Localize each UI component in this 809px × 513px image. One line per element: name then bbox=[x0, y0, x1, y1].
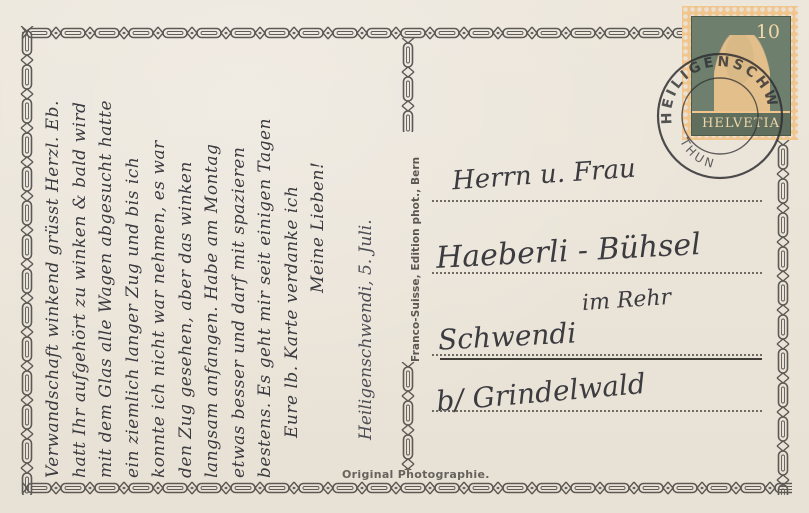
william-tell-figure-icon bbox=[714, 35, 770, 113]
message-line: bestens. Es geht mir seit einigen Tagen bbox=[252, 38, 279, 478]
address-rule-2 bbox=[432, 272, 762, 274]
message-line: hatt Ihr aufgehört zu winken & bald wird bbox=[67, 38, 94, 478]
message-line: den Zug gesehen, aber das winken bbox=[173, 38, 200, 478]
left-border bbox=[20, 26, 34, 495]
message-line: Eure lb. Karte verdanke ich bbox=[279, 38, 306, 478]
message-line: ein ziemlich langer Zug und bis ich bbox=[120, 38, 147, 478]
handwritten-message: Verwandschaft winkend grüsst Herzl. Eb.h… bbox=[40, 38, 380, 478]
svg-text:THUN: THUN bbox=[677, 135, 718, 172]
message-line: mit dem Glas alle Wagen abgesucht hatte bbox=[93, 38, 120, 478]
bottom-border bbox=[22, 481, 792, 495]
message-line: Meine Lieben! bbox=[305, 38, 332, 478]
message-line: konnte ich nicht war nehmen, es war bbox=[146, 38, 173, 478]
publisher-imprint: Franco-Suisse, Edition phot., Bern bbox=[410, 132, 422, 362]
message-line: Verwandschaft winkend grüsst Herzl. Eb. bbox=[40, 38, 67, 478]
message-date: Heiligenschwendi, 5. Juli. bbox=[356, 219, 376, 440]
address-line-4: Schwendi bbox=[437, 316, 577, 356]
address-rule-3 bbox=[432, 354, 762, 356]
postcard-back: Franco-Suisse, Edition phot., Bern Origi… bbox=[0, 0, 809, 513]
postmark-bottom-text: THUN bbox=[677, 135, 718, 172]
address-line-3: im Rehr bbox=[581, 285, 672, 316]
address-line-1: Herrn u. Frau bbox=[451, 154, 637, 197]
center-divider-bottom bbox=[401, 362, 415, 470]
message-line: etwas besser und darf mit spazieren bbox=[226, 38, 253, 478]
stamp-country: HELVETIA bbox=[692, 111, 790, 135]
address-rule-4 bbox=[432, 410, 762, 412]
address-line-2: Haeberli - Bühsel bbox=[435, 227, 701, 276]
stamp-value: 10 bbox=[756, 21, 780, 43]
stamp-field: 10 HELVETIA bbox=[691, 16, 791, 136]
address-underline bbox=[440, 358, 762, 360]
address-rule-1 bbox=[432, 200, 762, 202]
message-line: langsam anfangen. Habe am Montag bbox=[199, 38, 226, 478]
right-border bbox=[776, 140, 790, 495]
postage-stamp: 10 HELVETIA bbox=[682, 6, 798, 140]
center-divider-top bbox=[401, 38, 415, 132]
